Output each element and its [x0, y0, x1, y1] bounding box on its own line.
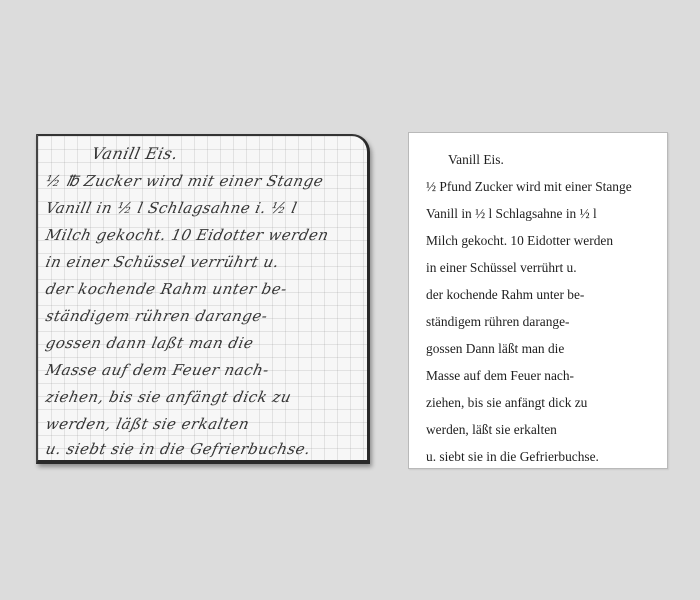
handwritten-line: gossen dann laßt man die [44, 334, 255, 352]
transcription-line: u. siebt sie in die Gefrierbuchse. [426, 449, 599, 465]
transcription-line: Masse auf dem Feuer nach- [426, 368, 574, 384]
handwritten-line: ständigem rühren darange- [44, 307, 269, 325]
handwritten-title: Vanill Eis. [90, 144, 180, 163]
transcription-line: gossen Dann läßt man die [426, 341, 564, 357]
transcription-line: in einer Schüssel verrührt u. [426, 260, 577, 276]
handwritten-line: in einer Schüssel verrührt u. [44, 253, 281, 271]
transcription-line: Milch gekocht. 10 Eidotter werden [426, 233, 613, 249]
handwritten-recipe-card: Vanill Eis. ½ ℔ Zucker wird mit einer St… [36, 134, 370, 464]
handwritten-line: Vanill in ½ l Schlagsahne i. ½ l [44, 199, 299, 217]
transcription-line: Vanill in ½ l Schlagsahne in ½ l [426, 206, 597, 222]
handwritten-line: u. siebt sie in die Gefrierbuchse. [44, 440, 312, 458]
transcription-line: ständigem rühren darange- [426, 314, 570, 330]
handwritten-line: Milch gekocht. 10 Eidotter werden [44, 226, 330, 244]
transcription-line: ziehen, bis sie anfängt dick zu [426, 395, 587, 411]
handwritten-line: ziehen, bis sie anfängt dick zu [44, 388, 293, 406]
handwritten-line: der kochende Rahm unter be- [44, 280, 289, 298]
handwritten-line: Masse auf dem Feuer nach- [44, 361, 271, 379]
transcription-line: werden, läßt sie erkalten [426, 422, 557, 438]
transcription-title: Vanill Eis. [448, 152, 504, 168]
transcription-panel: Vanill Eis. ½ Pfund Zucker wird mit eine… [408, 132, 668, 469]
handwritten-line: ½ ℔ Zucker wird mit einer Stange [44, 172, 325, 190]
transcription-line: ½ Pfund Zucker wird mit einer Stange [426, 179, 632, 195]
handwritten-line: werden, läßt sie erkalten [44, 415, 251, 433]
transcription-line: der kochende Rahm unter be- [426, 287, 584, 303]
